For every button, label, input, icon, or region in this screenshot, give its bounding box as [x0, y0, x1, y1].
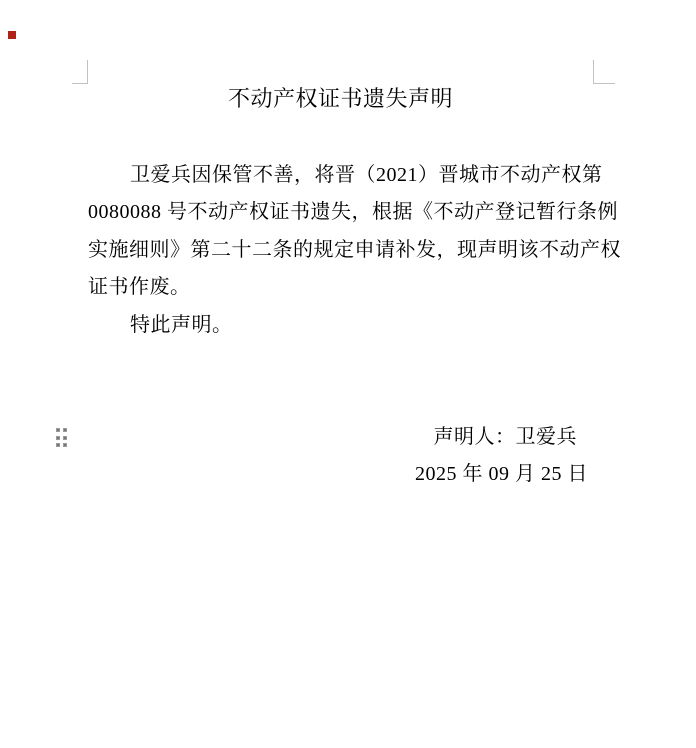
document-title[interactable]: 不动产权证书遗失声明 — [88, 85, 593, 112]
drag-handle-dot — [56, 443, 60, 447]
body-line-5[interactable]: 特此声明。 — [130, 312, 233, 338]
body-line-1[interactable]: 卫爱兵因保管不善，将晋（2021）晋城市不动产权第 — [130, 162, 603, 188]
drag-handle-dot — [63, 428, 67, 432]
drag-handle-dot — [63, 436, 67, 440]
signature-line[interactable]: 声明人：卫爱兵 — [434, 424, 578, 450]
drag-handle-dot — [56, 428, 60, 432]
red-marker — [8, 31, 16, 39]
drag-handle-dot — [63, 443, 67, 447]
drag-handle-dot — [56, 436, 60, 440]
date-line[interactable]: 2025 年 09 月 25 日 — [415, 461, 588, 487]
body-line-2[interactable]: 0080088 号不动产权证书遗失，根据《不动产登记暂行条例 — [88, 199, 618, 225]
paragraph-drag-handle-icon[interactable] — [56, 428, 67, 447]
body-line-3[interactable]: 实施细则》第二十二条的规定申请补发，现声明该不动产权 — [88, 237, 621, 263]
margin-mark-top-right-icon — [593, 60, 615, 84]
document-page[interactable]: 不动产权证书遗失声明 卫爱兵因保管不善，将晋（2021）晋城市不动产权第 008… — [0, 0, 696, 748]
margin-mark-top-left-icon — [72, 60, 88, 84]
body-line-4[interactable]: 证书作废。 — [88, 274, 191, 300]
